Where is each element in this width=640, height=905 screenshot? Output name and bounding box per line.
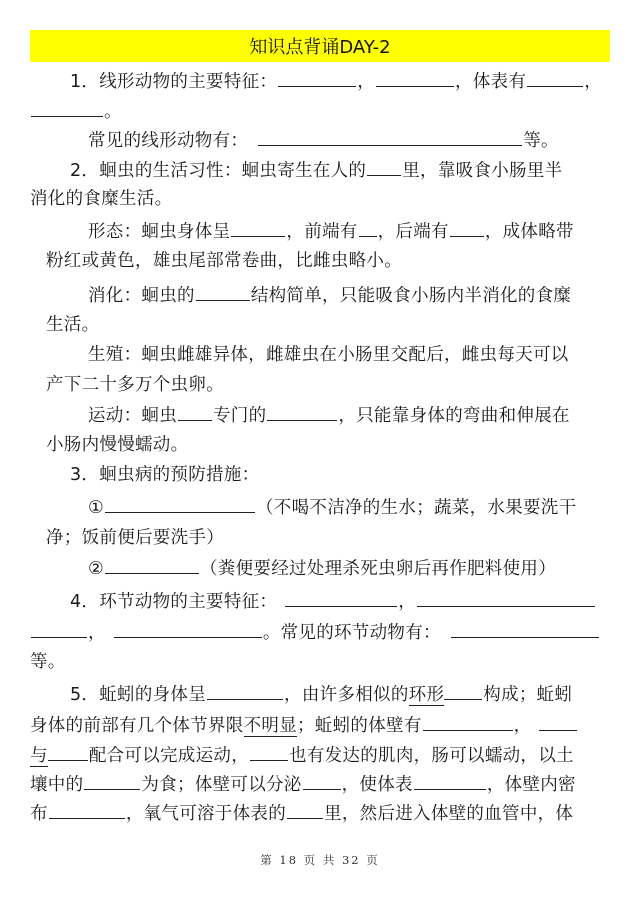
s1-line1: 1．线形动物的主要特征：，，体表有， (70, 69, 602, 94)
comma: ， (357, 72, 375, 92)
underlined-text: 不明显 (244, 716, 297, 737)
blank[interactable] (196, 283, 250, 301)
text: ，氧气可溶于体表的 (126, 804, 286, 824)
blank[interactable] (285, 589, 397, 607)
text: 消化：蛔虫的 (88, 286, 195, 306)
blank[interactable] (451, 620, 599, 638)
s2-morph-line2: 粉红或黄色，雄虫尾部常卷曲，比雌虫略小。 (46, 249, 402, 273)
s4-line3: 等。 (30, 650, 66, 674)
text: 5．蚯蚓的身体呈 (70, 685, 206, 705)
underlined-text: 环形 (409, 685, 445, 706)
s4-line1: 4．环节动物的主要特征：， (70, 589, 596, 614)
text: 生活。 (46, 315, 99, 335)
blank[interactable] (178, 403, 212, 421)
text: ，成体略带 (485, 222, 574, 242)
s2-morph: 形态：蛔虫身体呈，前端有，后端有，成体略带 (88, 219, 574, 244)
blank[interactable] (423, 713, 513, 731)
text: 为食；体壁可以分泌 (141, 775, 301, 795)
text: 3．蛔虫病的预防措施： (70, 465, 259, 485)
underlined-text: 与 (30, 746, 48, 767)
circled-number-2: ② (88, 559, 104, 579)
text: 里，然后进入体壁的血管中，体 (324, 804, 573, 824)
s3-item1-line2: 净；饭前便后要洗手） (46, 526, 224, 550)
s5-line1: 5．蚯蚓的身体呈，由许多相似的环形构成；蚯蚓 (70, 682, 572, 707)
text: 结构简单，只能吸食小肠内半消化的食糜 (251, 286, 571, 306)
s3-item1: ①（不喝不洁净的生水；蔬菜，水果要洗干 (88, 495, 576, 520)
blank[interactable] (376, 69, 454, 87)
blank[interactable] (250, 743, 288, 761)
s2-move-line2: 小肠内慢慢蠕动。 (46, 433, 188, 457)
s2-line1: 2．蛔虫的生活习性：蛔虫寄生在人的里，靠吸食小肠里半 (70, 158, 562, 183)
text: 4．环节动物的主要特征： (70, 592, 277, 612)
text: 布 (30, 804, 48, 824)
text: ，前端有 (286, 222, 357, 242)
s2-digest: 消化：蛔虫的结构简单，只能吸食小肠内半消化的食糜 (88, 283, 571, 308)
text: （粪便要经过处理杀死虫卵后再作肥料使用） (200, 559, 556, 579)
comma: ， (514, 716, 532, 736)
s2-digest-line2: 生活。 (46, 313, 99, 337)
text: 运动：蛔虫 (88, 406, 177, 426)
s2-line2: 消化的食糜生活。 (30, 187, 172, 211)
text: 生殖：蛔虫雌雄异体，雌雄虫在小肠里交配后，雌虫每天可以 (88, 345, 569, 365)
s1-prompt: 1．线形动物的主要特征： (70, 72, 277, 92)
period: 。 (104, 102, 122, 122)
title-banner: 知识点背诵DAY-2 (30, 30, 610, 62)
text: 常见的线形动物有： (88, 131, 248, 151)
text: 形态：蛔虫身体呈 (88, 222, 230, 242)
s5-line3: 与配合可以完成运动，也有发达的肌肉，肠可以蠕动，以土 (30, 743, 574, 768)
text: 里，靠吸食小肠里半 (402, 161, 562, 181)
blank[interactable] (444, 682, 482, 700)
text: ，后端有 (378, 222, 449, 242)
blank[interactable] (48, 743, 88, 761)
blank[interactable] (114, 620, 262, 638)
s1-line2: 。 (30, 99, 122, 124)
s1-line3: 常见的线形动物有：等。 (88, 128, 559, 153)
blank[interactable] (417, 589, 595, 607)
text: 。常见的环节动物有： (263, 623, 441, 643)
text: 净；饭前便后要洗手） (46, 528, 224, 548)
text: 产下二十多万个虫卵。 (46, 375, 224, 395)
blank[interactable] (287, 801, 323, 819)
blank[interactable] (278, 69, 356, 87)
text: 壤中的 (30, 775, 83, 795)
blank[interactable] (414, 772, 486, 790)
s2-move: 运动：蛔虫专门的，只能靠身体的弯曲和伸展在 (88, 403, 570, 428)
blank[interactable] (450, 219, 484, 237)
blank[interactable] (231, 219, 285, 237)
text: 粉红或黄色，雄虫尾部常卷曲，比雌虫略小。 (46, 251, 402, 271)
comma: ， (398, 592, 416, 612)
text: 等。 (30, 652, 66, 672)
s5-line2: 身体的前部有几个体节界限不明显；蚯蚓的体壁有， (30, 713, 578, 738)
text: ，体壁内密 (487, 775, 576, 795)
text: 等。 (523, 131, 559, 151)
blank[interactable] (207, 682, 283, 700)
text: 小肠内慢慢蠕动。 (46, 435, 188, 455)
s2-repro-line2: 产下二十多万个虫卵。 (46, 373, 224, 397)
text: ，只能靠身体的弯曲和伸展在 (338, 406, 569, 426)
comma: ， (88, 623, 106, 643)
blank[interactable] (31, 620, 87, 638)
blank[interactable] (359, 219, 377, 237)
s4-line2: ，。常见的环节动物有： (30, 620, 600, 645)
comma: ， (584, 72, 602, 92)
text: ；蚯蚓的体壁有 (297, 716, 422, 736)
text: ，由许多相似的 (284, 685, 409, 705)
blank[interactable] (303, 772, 341, 790)
blank[interactable] (49, 801, 125, 819)
text: 构成；蚯蚓 (483, 685, 572, 705)
s3-title: 3．蛔虫病的预防措施： (70, 463, 259, 487)
text: 2．蛔虫的生活习性：蛔虫寄生在人的 (70, 161, 366, 181)
text: 消化的食糜生活。 (30, 189, 172, 209)
circled-number-1: ① (88, 498, 104, 518)
blank[interactable] (258, 128, 522, 146)
text: 专门的 (213, 406, 266, 426)
blank[interactable] (367, 158, 401, 176)
blank[interactable] (84, 772, 140, 790)
page-number: 第 18 页 共 32 页 (0, 852, 640, 868)
blank[interactable] (31, 99, 103, 117)
s5-line5: 布，氧气可溶于体表的里，然后进入体壁的血管中，体 (30, 801, 573, 826)
page-title: 知识点背诵DAY-2 (249, 33, 390, 59)
text: 身体的前部有几个体节界限 (30, 716, 244, 736)
s5-line4: 壤中的为食；体壁可以分泌，使体表，体壁内密 (30, 772, 576, 797)
text: （不喝不洁净的生水；蔬菜，水果要洗干 (256, 498, 576, 518)
s2-repro: 生殖：蛔虫雌雄异体，雌雄虫在小肠里交配后，雌虫每天可以 (88, 343, 569, 367)
blank[interactable] (527, 69, 583, 87)
blank[interactable] (105, 495, 255, 513)
text: 配合可以完成运动， (89, 746, 249, 766)
blank[interactable] (539, 713, 577, 731)
s3-item2: ②（粪便要经过处理杀死虫卵后再作肥料使用） (88, 556, 556, 581)
blank[interactable] (267, 403, 337, 421)
blank[interactable] (105, 556, 199, 574)
text: ，使体表 (342, 775, 413, 795)
text: ，体表有 (455, 72, 526, 92)
text: 也有发达的肌肉，肠可以蠕动，以土 (289, 746, 574, 766)
